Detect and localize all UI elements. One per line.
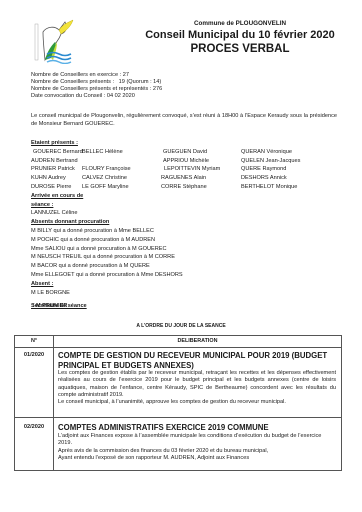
member-name: LEPOITTEVIN Myriam [164,165,220,174]
member-name: DUROSE Pierre [31,183,71,192]
secretary-label: Secrétaire de séance [31,302,87,311]
document-title: Conseil Municipal du 10 février 2020 [120,29,360,41]
proxy-item: Mme SALIOU qui a donné procuration à M G… [31,245,167,254]
table-row: 02/2020 COMPTES ADMINISTRATIFS EXERCICE … [15,418,342,471]
commune-name: Commune de PLOUGONVELIN [130,20,350,27]
late-arrival-name: LANNUZEL Céline [31,209,77,218]
deliberation-body: L’adjoint aux Finances expose à l’assemb… [58,433,336,462]
column-header-number: N° [15,336,54,348]
deliberation-number: 02/2020 [15,418,54,471]
deliberation-title: COMPTE DE GESTION DU RECEVEUR MUNICIPAL … [58,351,336,370]
column-header-deliberation: DELIBERATION [54,336,342,348]
table-row: 01/2020 COMPTE DE GESTION DU RECEVEUR MU… [15,348,342,418]
member-name: QUELEN Jean-Jacques [241,157,300,166]
member-name: LE GOFF Maryline [82,183,129,192]
member-name: DESHORS Annick [241,174,287,183]
member-name: CORRE Stéphane [161,183,207,192]
deliberations-table: N° DELIBERATION 01/2020 COMPTE DE GESTIO… [14,335,342,471]
stat-represented: Nombre de Conseillers présents et représ… [31,86,162,93]
council-stats: Nombre de Conseillers en exercice : 27 N… [31,72,162,100]
present-heading: Etaient présents : [31,139,78,148]
proxy-item: M POCHIC qui a donné procuration à M AUD… [31,236,155,245]
deliberation-paragraph: Après avis de la commission des finances… [58,448,336,455]
deliberation-paragraph: L’adjoint aux Finances expose à l’assemb… [58,433,336,448]
member-name: RAGUENES Alain [161,174,206,183]
deliberation-paragraph: Les comptes de gestion établis par le re… [58,370,336,399]
deliberation-body: Les comptes de gestion établis par le re… [58,370,336,413]
member-name: GOUEREC Bernard [33,148,83,157]
member-name: BERTHELOT Monique [241,183,297,192]
member-name: QUERAN Véronique [241,148,292,157]
absent-name: M LE BORGNE [31,289,70,298]
member-name: APPRIOU Michèle [163,157,209,166]
agenda-title: A L’ORDRE DU JOUR DE LA SEANCE [0,323,362,329]
late-arrival-heading: Arrivée en cours de [31,192,83,201]
table-header-row: N° DELIBERATION [15,336,342,348]
member-name: QUERE Raymond [241,165,286,174]
member-name: KUHN Audrey [31,174,66,183]
member-name: CALVEZ Christine [82,174,127,183]
proxy-item: Mme ELLEGOET qui a donné procuration à M… [31,271,183,280]
proxy-item: M BACOR qui a donné procuration à M QUER… [31,262,150,271]
deliberation-title: COMPTES ADMINISTRATIFS EXERCICE 2019 COM… [58,423,336,433]
proxy-item: M NEUSCH TREUIL qui a donné procuration … [31,253,175,262]
member-name: FLOURY Françoise [82,165,131,174]
member-name: GUEGUEN David [163,148,207,157]
deliberation-content: COMPTE DE GESTION DU RECEVEUR MUNICIPAL … [54,348,342,418]
absent-heading: Absent : [31,280,53,289]
deliberation-paragraph: Le conseil municipal, à l’unanimité, app… [58,399,336,413]
stat-in-office: Nombre de Conseillers en exercice : 27 [31,72,162,79]
stat-convocation-date: Date convocation du Conseil : 04 02 2020 [31,93,162,100]
stat-present: Nombre de Conseillers présents : 19 (Quo… [31,79,162,86]
deliberation-number: 01/2020 [15,348,54,418]
document-subtitle: PROCES VERBAL [130,43,350,55]
proxy-item: M BILLY qui a donné procuration à Mme BE… [31,227,154,236]
member-name: AUDREN Bertrand [31,157,78,166]
member-name: BELLEC Hélène [82,148,123,157]
late-arrival-heading-cont: séance : [31,201,53,210]
commune-logo [33,18,75,64]
deliberation-content: COMPTES ADMINISTRATIFS EXERCICE 2019 COM… [54,418,342,471]
intro-paragraph: Le conseil municipal de Plougonvelin, ré… [31,113,337,128]
plougonvelin-logo-icon [33,18,75,64]
deliberation-paragraph: Ayant entendu l’exposé de son rapporteur… [58,455,336,462]
proxies-heading: Absents donnant procuration [31,218,109,227]
member-name: PRUNIER Patrick [31,165,75,174]
